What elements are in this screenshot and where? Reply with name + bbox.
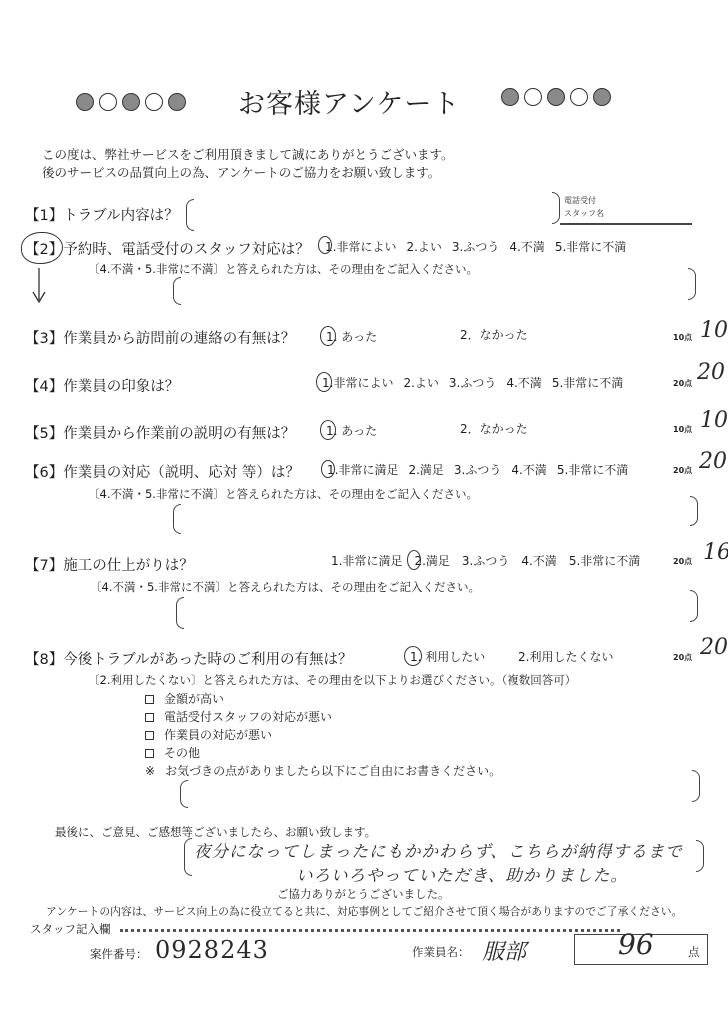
divider — [560, 223, 692, 225]
note-text: お気づきの点がありましたら以下にご自由にお書きください。 — [165, 762, 501, 780]
option-2[interactable]: 2.よい — [403, 374, 438, 391]
option-5[interactable]: 5.非常に不満 — [569, 552, 640, 569]
q2-reason-prompt: 〔4.不満・5.非常に不満〕と答えられた方は、その理由をご記入ください。 — [88, 261, 478, 277]
question-number: 【3】 — [25, 331, 63, 347]
option-1[interactable]: 1. あった — [326, 328, 377, 345]
answer-bracket-right — [692, 770, 700, 802]
handwritten-score: 10 — [700, 318, 728, 343]
checkbox-label: 金額が高い — [164, 690, 224, 708]
points-label: 20点 — [673, 378, 692, 389]
question-4: 【4】作業員の印象は？ — [25, 375, 179, 396]
answer-bracket-left — [184, 838, 192, 876]
question-8: 【8】今後トラブルがあった時のご利用の有無は？ — [25, 648, 353, 669]
question-text: トラブル内容は？ — [63, 208, 178, 224]
checkbox[interactable] — [145, 695, 154, 704]
checkbox-row[interactable]: 作業員の対応が悪い — [145, 726, 501, 744]
staff-section-label: スタッフ記入欄 — [30, 921, 111, 937]
option-5[interactable]: 5.非常に不満 — [555, 238, 626, 255]
option-1[interactable]: 1.非常に満足 — [331, 552, 402, 569]
filled-circle-icon — [76, 93, 94, 111]
case-number-label: 案件番号： — [90, 946, 148, 962]
q7-reason-prompt: 〔4.不満・5.非常に不満〕と答えられた方は、その理由をご記入ください。 — [90, 579, 480, 595]
filled-circle-icon — [501, 88, 519, 106]
question-number: 【8】 — [25, 652, 63, 668]
checkbox-row[interactable]: 金額が高い — [145, 690, 501, 708]
intro-text: この度は、弊社サービスをご利用頂きまして誠にありがとうございます。 後のサービス… — [42, 146, 454, 182]
checkbox-row[interactable]: その他 — [145, 744, 501, 762]
comment-line-2[interactable]: いろいろやっていただき、助かりました。 — [296, 862, 628, 886]
option-1[interactable]: 1. 利用したい — [410, 648, 485, 665]
note-mark-icon: ※ — [145, 762, 155, 780]
thanks-text: ご協力ありがとうございました。 — [277, 886, 450, 902]
trouble-content-field[interactable] — [196, 201, 548, 229]
page-title: お客様アンケート — [238, 82, 460, 121]
answer-bracket-right — [552, 192, 560, 224]
checkbox[interactable] — [145, 713, 154, 722]
disclaimer-text: アンケートの内容は、サービス向上の為に役立てると共に、対応事例としてご紹介させて… — [46, 904, 682, 919]
empty-circle-icon — [145, 93, 163, 111]
question-3: 【3】作業員から訪問前の連絡の有無は？ — [25, 327, 295, 348]
checkbox-label: 電話受付スタッフの対応が悪い — [164, 708, 332, 726]
question-number: 【5】 — [25, 426, 63, 442]
question-7: 【7】施工の仕上がりは？ — [25, 554, 194, 575]
question-5: 【5】作業員から作業前の説明の有無は？ — [25, 422, 295, 443]
answer-bracket-right — [690, 496, 698, 526]
filled-circle-icon — [593, 88, 611, 106]
answer-bracket-left — [173, 504, 181, 534]
option-5[interactable]: 5.非常に不満 — [552, 374, 623, 391]
selected-circle-mark — [318, 236, 332, 254]
answer-bracket-left — [173, 277, 181, 305]
answer-bracket-right — [696, 840, 704, 872]
option-2[interactable]: 2．なかった — [460, 420, 528, 437]
handwritten-score: 20 — [699, 449, 727, 474]
case-number-value[interactable]: 0928243 — [155, 936, 269, 964]
question-text: 作業員の対応（説明、応対 等）は？ — [63, 465, 300, 481]
right-decoration-dots — [501, 88, 611, 106]
points-label: 20点 — [673, 465, 692, 476]
q7-reason-field[interactable] — [188, 599, 684, 627]
question-6: 【6】作業員の対応（説明、応対 等）は？ — [25, 461, 300, 482]
checkbox[interactable] — [145, 749, 154, 758]
question-number: 【2】 — [25, 242, 63, 258]
option-2[interactable]: 2．なかった — [460, 326, 528, 343]
intro-line-1: この度は、弊社サービスをご利用頂きまして誠にありがとうございます。 — [42, 146, 454, 164]
option-4[interactable]: 4.不満 — [509, 238, 544, 255]
empty-circle-icon — [524, 88, 542, 106]
q6-reason-field[interactable] — [185, 506, 683, 532]
total-score-unit: 点 — [688, 944, 700, 960]
q7-options: 1.非常に満足 2.満足 3.ふつう 4.不満 5.非常に不満 — [331, 552, 640, 569]
points-label: 20点 — [673, 652, 692, 663]
question-number: 【4】 — [25, 379, 63, 395]
option-1[interactable]: 1. あった — [326, 422, 377, 439]
question-number: 【7】 — [25, 558, 63, 574]
q6-reason-prompt: 〔4.不満・5.非常に不満〕と答えられた方は、その理由をご記入ください。 — [88, 486, 478, 502]
option-3[interactable]: 3.ふつう — [452, 238, 499, 255]
option-4[interactable]: 4.不満 — [521, 552, 556, 569]
answer-bracket-left — [180, 780, 188, 808]
intro-line-2: 後のサービスの品質向上の為、アンケートのご協力をお願い致します。 — [42, 164, 454, 182]
points-label: 10点 — [673, 424, 692, 435]
filled-circle-icon — [168, 93, 186, 111]
dotted-line — [120, 929, 620, 932]
handwritten-score: 10 — [700, 408, 728, 433]
option-1[interactable]: 1.非常によい — [322, 374, 393, 391]
question-2: 【2】予約時、電話受付のスタッフ対応は？ — [25, 238, 310, 259]
option-1[interactable]: 1.非常によい — [325, 238, 396, 255]
q6-options: 1.非常に満足 2.満足 3.ふつう 4.不満 5.非常に不満 — [327, 461, 628, 478]
q8-reason-checkboxes: 金額が高い 電話受付スタッフの対応が悪い 作業員の対応が悪い その他 ※ お気づ… — [145, 690, 501, 780]
option-2[interactable]: 2.よい — [406, 238, 441, 255]
q2-options: 1.非常によい 2.よい 3.ふつう 4.不満 5.非常に不満 — [325, 238, 626, 255]
question-1: 【1】トラブル内容は？ — [25, 204, 179, 225]
question-text: 作業員から訪問前の連絡の有無は？ — [63, 331, 295, 347]
option-4[interactable]: 4.不満 — [506, 374, 541, 391]
answer-bracket-right — [690, 590, 698, 622]
answer-bracket-left — [176, 597, 184, 629]
total-score-value: 96 — [618, 928, 654, 961]
question-number: 【1】 — [25, 208, 63, 224]
note-row: ※ お気づきの点がありましたら以下にご自由にお書きください。 — [145, 762, 501, 780]
question-text: 作業員の印象は？ — [63, 379, 179, 395]
empty-circle-icon — [99, 93, 117, 111]
question-text: 予約時、電話受付のスタッフ対応は？ — [63, 242, 310, 258]
points-label: 20点 — [673, 556, 692, 567]
option-4[interactable]: 4.不満 — [511, 461, 546, 478]
worker-name-value[interactable]: 服部 — [482, 935, 526, 966]
checkbox-label: その他 — [164, 744, 200, 762]
option-3[interactable]: 3.ふつう — [449, 374, 496, 391]
question-number: 【6】 — [25, 465, 63, 481]
q2-reason-field[interactable] — [185, 278, 683, 304]
filled-circle-icon — [547, 88, 565, 106]
q4-options: 1.非常によい 2.よい 3.ふつう 4.不満 5.非常に不満 — [322, 374, 623, 391]
option-2[interactable]: 2.利用したくない — [518, 648, 613, 665]
selected-circle-mark — [407, 550, 421, 570]
checkbox-label: 作業員の対応が悪い — [164, 726, 272, 744]
checkbox[interactable] — [145, 731, 154, 740]
q8-reason-prompt: 〔2.利用したくない〕と答えられた方は、その理由を以下よりお選びください。（複数… — [88, 672, 576, 688]
answer-bracket-right — [688, 268, 696, 300]
points-label: 10点 — [673, 332, 692, 343]
phone-staff-label: 電話受付 スタッフ名 — [564, 194, 604, 220]
left-decoration-dots — [76, 93, 186, 111]
option-5[interactable]: 5.非常に不満 — [557, 461, 628, 478]
option-3[interactable]: 3.ふつう — [462, 552, 509, 569]
arrow-down-icon — [30, 266, 48, 306]
q8-free-text-field[interactable] — [192, 781, 686, 807]
handwritten-score: 20 — [700, 635, 728, 660]
option-1[interactable]: 1.非常に満足 — [327, 461, 398, 478]
worker-name-label: 作業員名： — [412, 944, 470, 960]
checkbox-row[interactable]: 電話受付スタッフの対応が悪い — [145, 708, 501, 726]
phone-staff-name-field[interactable] — [610, 196, 690, 220]
comment-line-1[interactable]: 夜分になってしまったにもかかわらず、こちらが納得するまで — [194, 838, 683, 862]
question-text: 作業員から作業前の説明の有無は？ — [63, 426, 295, 442]
question-text: 今後トラブルがあった時のご利用の有無は？ — [63, 652, 352, 668]
option-3[interactable]: 3.ふつう — [454, 461, 501, 478]
question-text: 施工の仕上がりは？ — [63, 558, 194, 574]
empty-circle-icon — [570, 88, 588, 106]
filled-circle-icon — [122, 93, 140, 111]
answer-bracket-left — [186, 199, 194, 231]
handwritten-score: 20 — [697, 360, 725, 385]
handwritten-score: 16 — [703, 540, 728, 565]
option-2[interactable]: 2.満足 — [408, 461, 443, 478]
